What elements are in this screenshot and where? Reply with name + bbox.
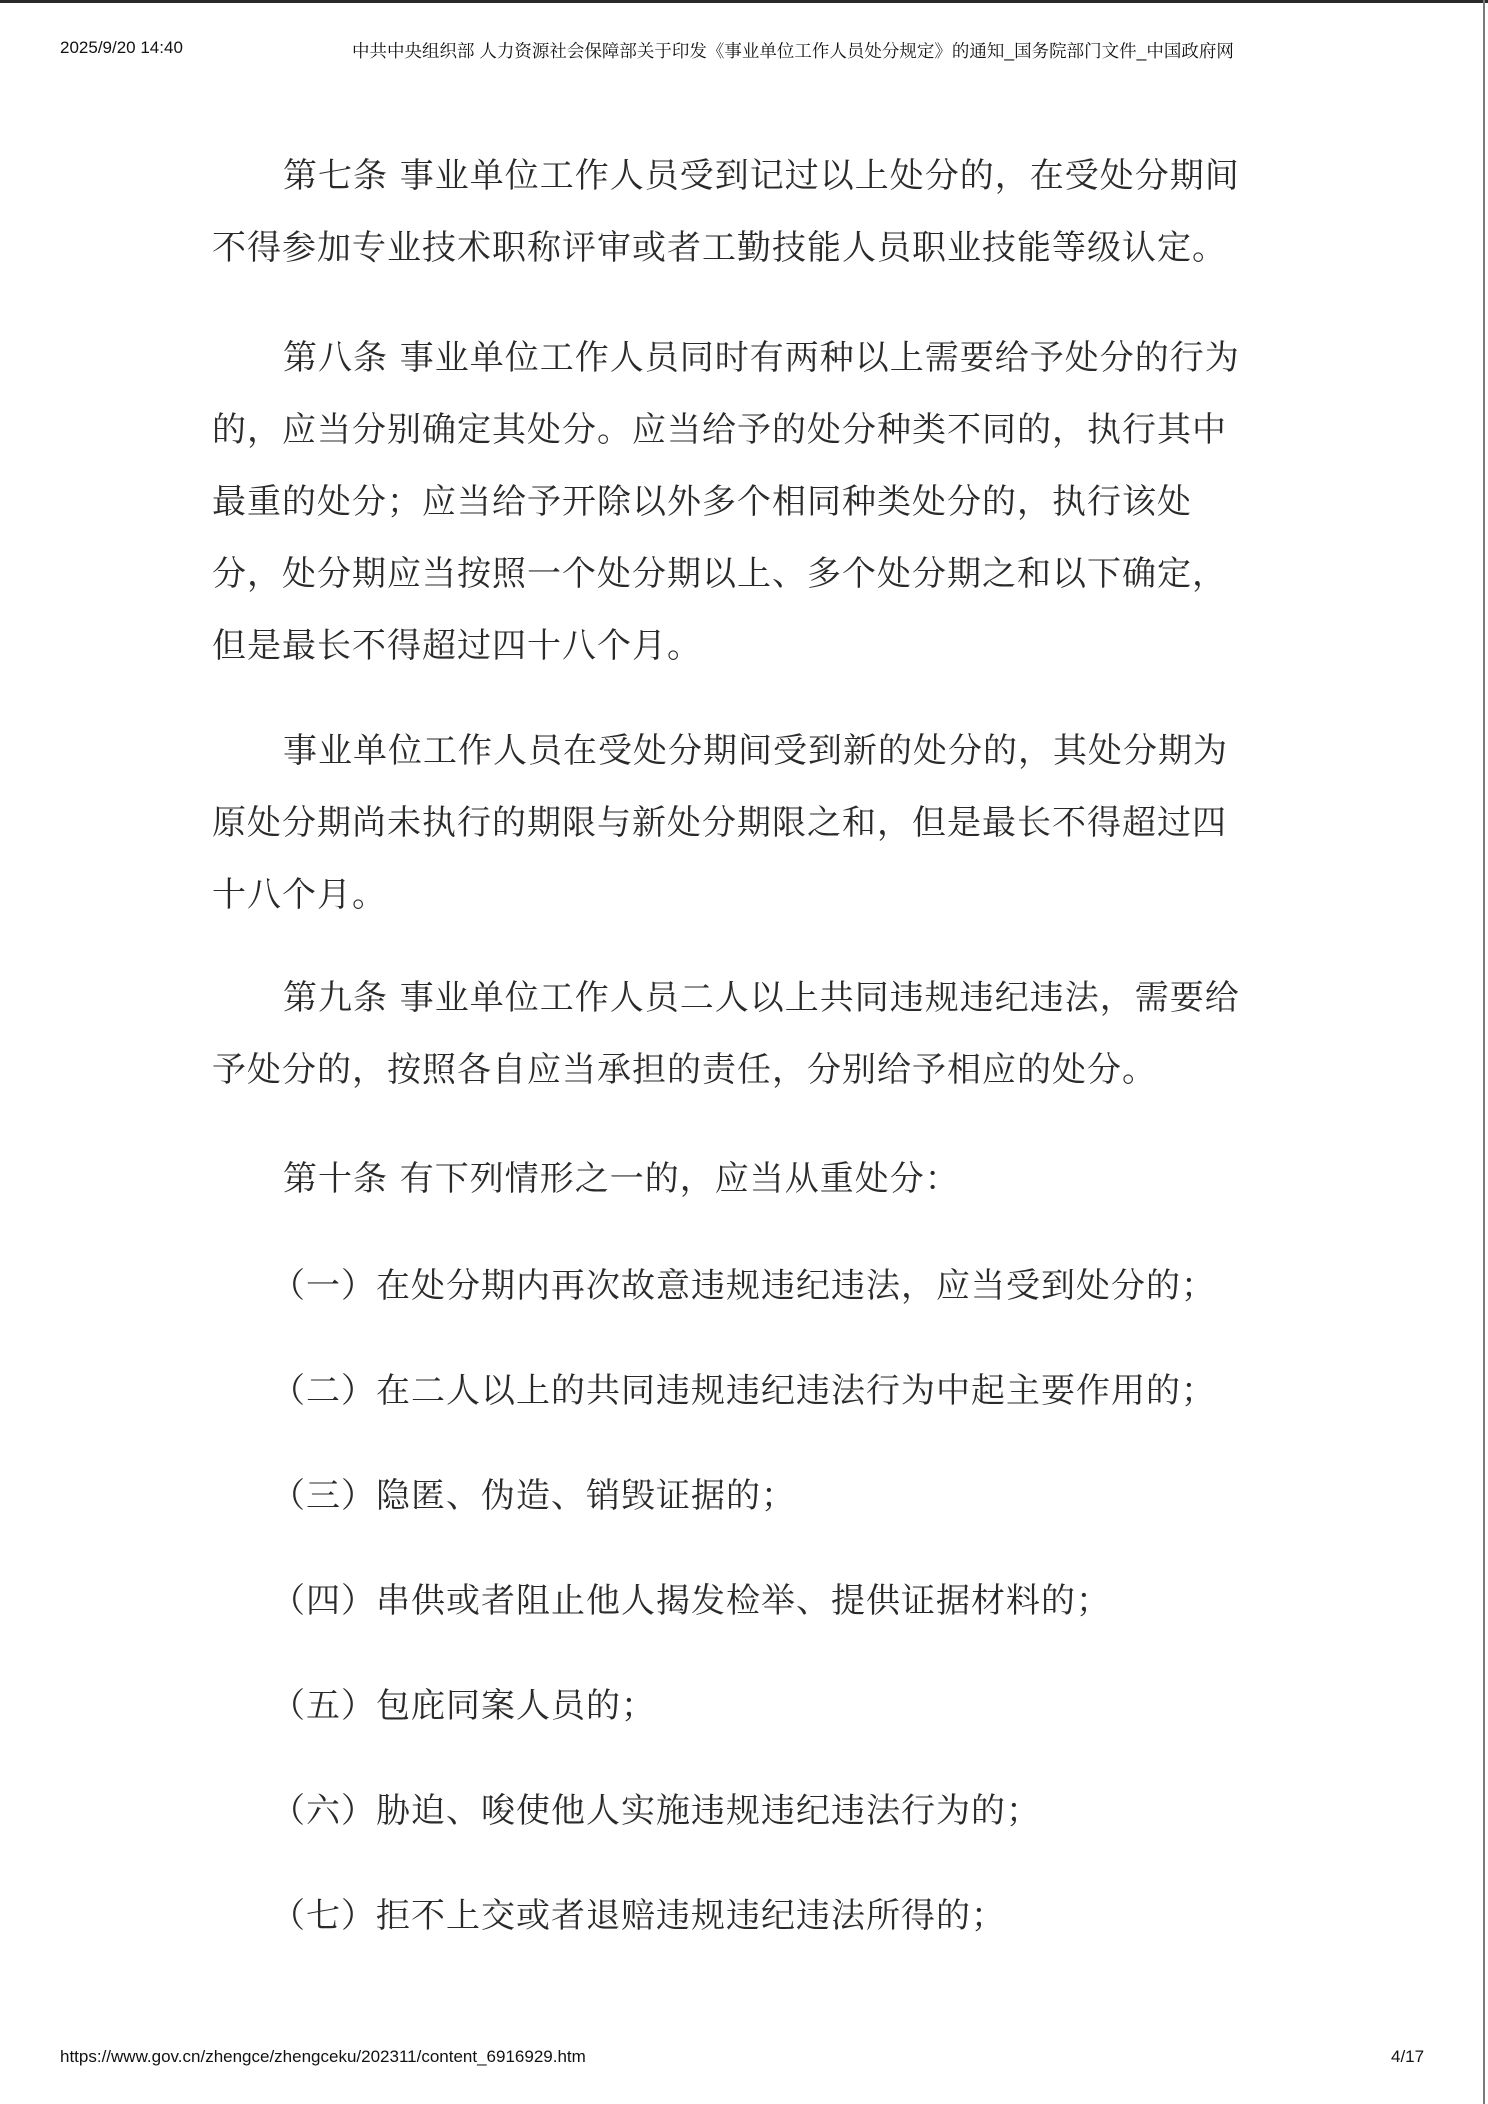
article-7-line-2: 不得参加专业技术职称评审或者工勤技能人员职业技能等级认定。 xyxy=(212,220,1227,269)
list-item-6: （六）胁迫、唆使他人实施违规违纪违法行为的； xyxy=(271,1783,1041,1832)
article-7-line-1: 第七条 事业单位工作人员受到记过以上处分的，在受处分期间 xyxy=(283,148,1240,197)
article-9-line-1: 第九条 事业单位工作人员二人以上共同违规违纪违法，需要给 xyxy=(283,970,1240,1019)
list-item-4: （四）串供或者阻止他人揭发检举、提供证据材料的； xyxy=(271,1573,1111,1622)
page-number: 4/17 xyxy=(1391,2047,1424,2067)
page-url: https://www.gov.cn/zhengce/zhengceku/202… xyxy=(60,2047,586,2067)
list-item-1: （一）在处分期内再次故意违规违纪违法，应当受到处分的； xyxy=(271,1258,1216,1307)
article-8-line-5: 但是最长不得超过四十八个月。 xyxy=(212,618,702,667)
article-8-p2-line-1: 事业单位工作人员在受处分期间受到新的处分的，其处分期为 xyxy=(283,723,1228,772)
article-8-line-1: 第八条 事业单位工作人员同时有两种以上需要给予处分的行为 xyxy=(283,330,1240,379)
page-right-border xyxy=(1483,0,1485,2104)
article-8-p2-line-3: 十八个月。 xyxy=(212,867,387,916)
list-item-2: （二）在二人以上的共同违规违纪违法行为中起主要作用的； xyxy=(271,1363,1216,1412)
print-date: 2025/9/20 14:40 xyxy=(60,38,183,58)
article-8-p2-line-2: 原处分期尚未执行的期限与新处分期限之和，但是最长不得超过四 xyxy=(212,795,1227,844)
article-8-line-2: 的，应当分别确定其处分。应当给予的处分种类不同的，执行其中 xyxy=(212,402,1227,451)
list-item-3: （三）隐匿、伪造、销毁证据的； xyxy=(271,1468,796,1517)
article-10-line-1: 第十条 有下列情形之一的，应当从重处分： xyxy=(283,1151,960,1200)
page-top-border xyxy=(0,0,1488,3)
article-9-line-2: 予处分的，按照各自应当承担的责任，分别给予相应的处分。 xyxy=(212,1042,1157,1091)
article-8-line-3: 最重的处分；应当给予开除以外多个相同种类处分的，执行该处 xyxy=(212,474,1192,523)
print-page-title: 中共中央组织部 人力资源社会保障部关于印发《事业单位工作人员处分规定》的通知_国… xyxy=(352,38,1234,63)
list-item-7: （七）拒不上交或者退赔违规违纪违法所得的； xyxy=(271,1888,1006,1937)
print-header: 2025/9/20 14:40 中共中央组织部 人力资源社会保障部关于印发《事业… xyxy=(0,38,1488,62)
list-item-5: （五）包庇同案人员的； xyxy=(271,1678,656,1727)
article-8-line-4: 分，处分期应当按照一个处分期以上、多个处分期之和以下确定， xyxy=(212,546,1227,595)
